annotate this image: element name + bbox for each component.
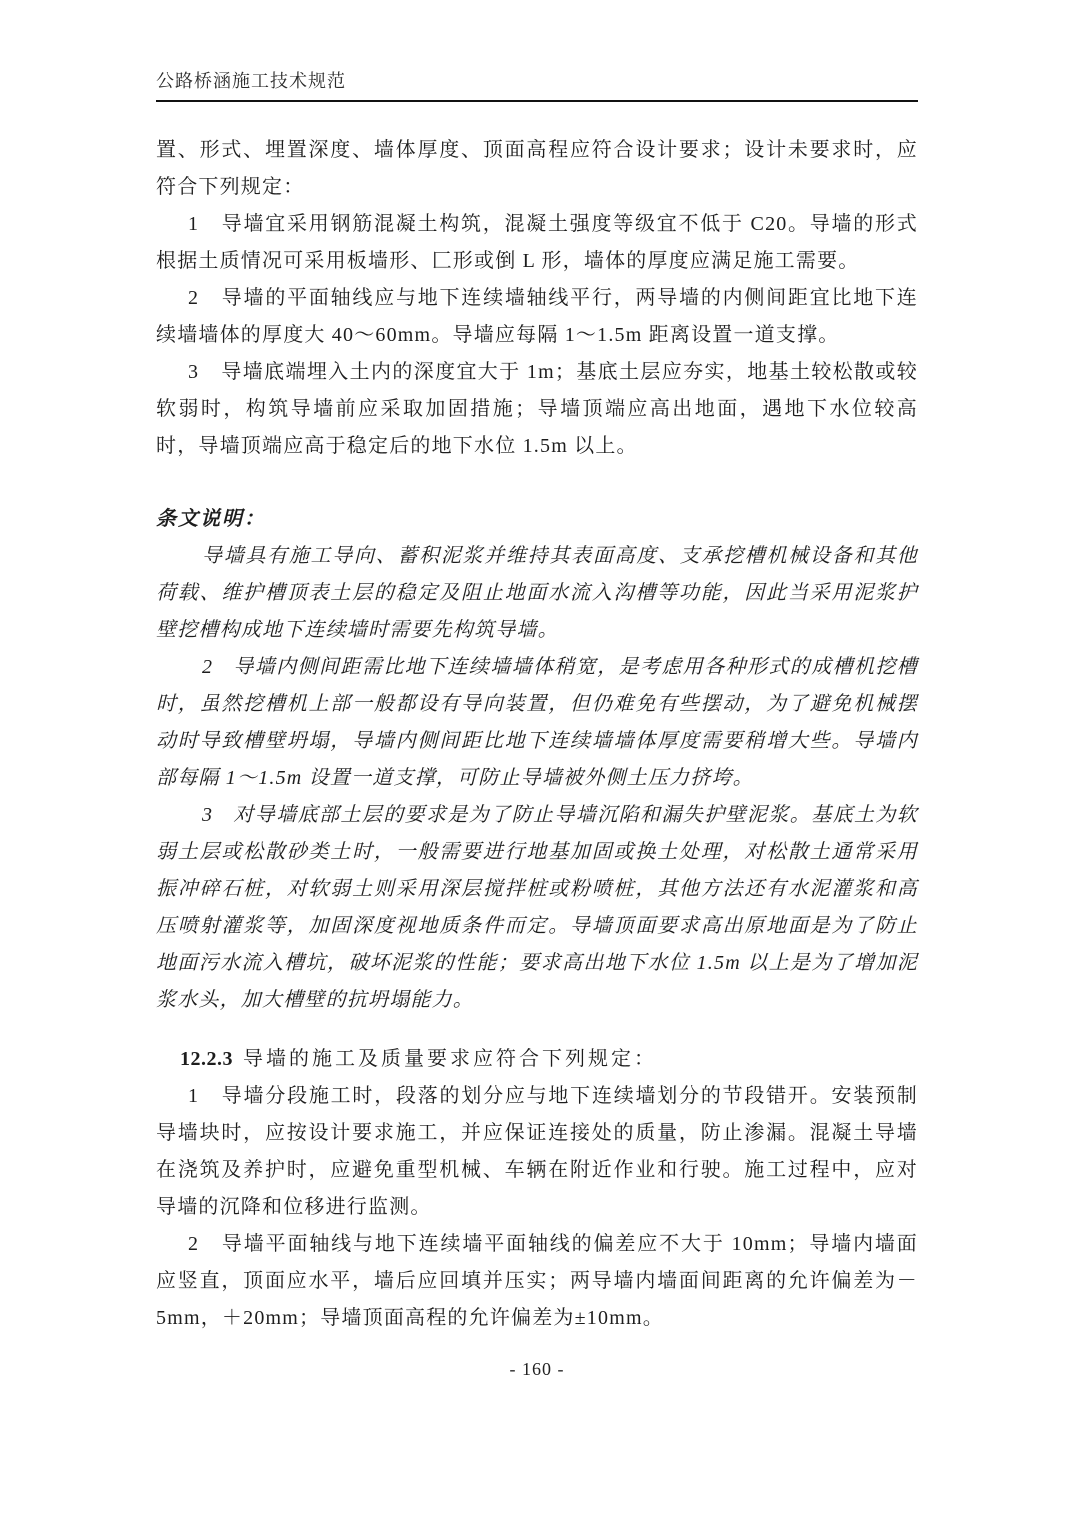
commentary-paragraph-2-text: 导墙内侧间距需比地下连续墙墙体稍宽，是考虑用各种形式的成槽机挖槽时，虽然挖槽机上… xyxy=(156,656,918,789)
clause-3: 3导墙底端埋入土内的深度宜大于 1m；基底土层应夯实，地基土较松散或较软弱时，构… xyxy=(156,354,918,465)
running-header-title: 公路桥涵施工技术规范 xyxy=(156,70,918,102)
section-heading-12-2-3: 12.2.3导墙的施工及质量要求应符合下列规定： xyxy=(156,1041,918,1078)
clause-1: 1导墙宜采用钢筋混凝土构筑，混凝土强度等级宜不低于 C20。导墙的形式根据土质情… xyxy=(156,206,918,280)
clause-3-number: 3 xyxy=(188,361,199,383)
commentary-paragraph-3-number: 3 xyxy=(202,804,213,826)
section-clause-2-number: 2 xyxy=(188,1233,199,1255)
clause-2: 2导墙的平面轴线应与地下连续墙轴线平行，两导墙的内侧间距宜比地下连续墙墙体的厚度… xyxy=(156,280,918,354)
commentary-paragraph-3: 3对导墙底部土层的要求是为了防止导墙沉陷和漏失护壁泥浆。基底土为软弱土层或松散砂… xyxy=(156,797,918,1019)
clause-3-text: 导墙底端埋入土内的深度宜大于 1m；基底土层应夯实，地基土较松散或较软弱时，构筑… xyxy=(156,361,918,457)
document-page: 公路桥涵施工技术规范 置、形式、埋置深度、墙体厚度、顶面高程应符合设计要求；设计… xyxy=(0,0,1074,1520)
clause-2-number: 2 xyxy=(188,287,199,309)
commentary-heading: 条文说明： xyxy=(156,501,918,538)
section-clause-1-text: 导墙分段施工时，段落的划分应与地下连续墙划分的节段错开。安装预制导墙块时，应按设… xyxy=(156,1085,918,1218)
section-title: 导墙的施工及质量要求应符合下列规定： xyxy=(243,1048,657,1070)
document-body: 置、形式、埋置深度、墙体厚度、顶面高程应符合设计要求；设计未要求时，应符合下列规… xyxy=(156,132,918,1337)
section-clause-2: 2导墙平面轴线与地下连续墙平面轴线的偏差应不大于 10mm；导墙内墙面应竖直，顶… xyxy=(156,1226,918,1337)
commentary-paragraph-2-number: 2 xyxy=(202,656,213,678)
clause-2-text: 导墙的平面轴线应与地下连续墙轴线平行，两导墙的内侧间距宜比地下连续墙墙体的厚度大… xyxy=(156,287,918,346)
section-clause-2-text: 导墙平面轴线与地下连续墙平面轴线的偏差应不大于 10mm；导墙内墙面应竖直，顶面… xyxy=(156,1233,918,1329)
page-number: - 160 - xyxy=(156,1359,918,1380)
commentary-paragraph-3-text: 对导墙底部土层的要求是为了防止导墙沉陷和漏失护壁泥浆。基底土为软弱土层或松散砂类… xyxy=(156,804,918,1011)
commentary-paragraph-1: 导墙具有施工导向、蓄积泥浆并维持其表面高度、支承挖槽机械设备和其他荷载、维护槽顶… xyxy=(156,538,918,649)
commentary-paragraph-2: 2导墙内侧间距需比地下连续墙墙体稍宽，是考虑用各种形式的成槽机挖槽时，虽然挖槽机… xyxy=(156,649,918,797)
section-clause-1: 1导墙分段施工时，段落的划分应与地下连续墙划分的节段错开。安装预制导墙块时，应按… xyxy=(156,1078,918,1226)
clause-1-number: 1 xyxy=(188,213,199,235)
clause-1-text: 导墙宜采用钢筋混凝土构筑，混凝土强度等级宜不低于 C20。导墙的形式根据土质情况… xyxy=(156,213,918,272)
paragraph-intro-continuation: 置、形式、埋置深度、墙体厚度、顶面高程应符合设计要求；设计未要求时，应符合下列规… xyxy=(156,132,918,206)
section-number: 12.2.3 xyxy=(180,1048,233,1070)
section-clause-1-number: 1 xyxy=(188,1085,199,1107)
